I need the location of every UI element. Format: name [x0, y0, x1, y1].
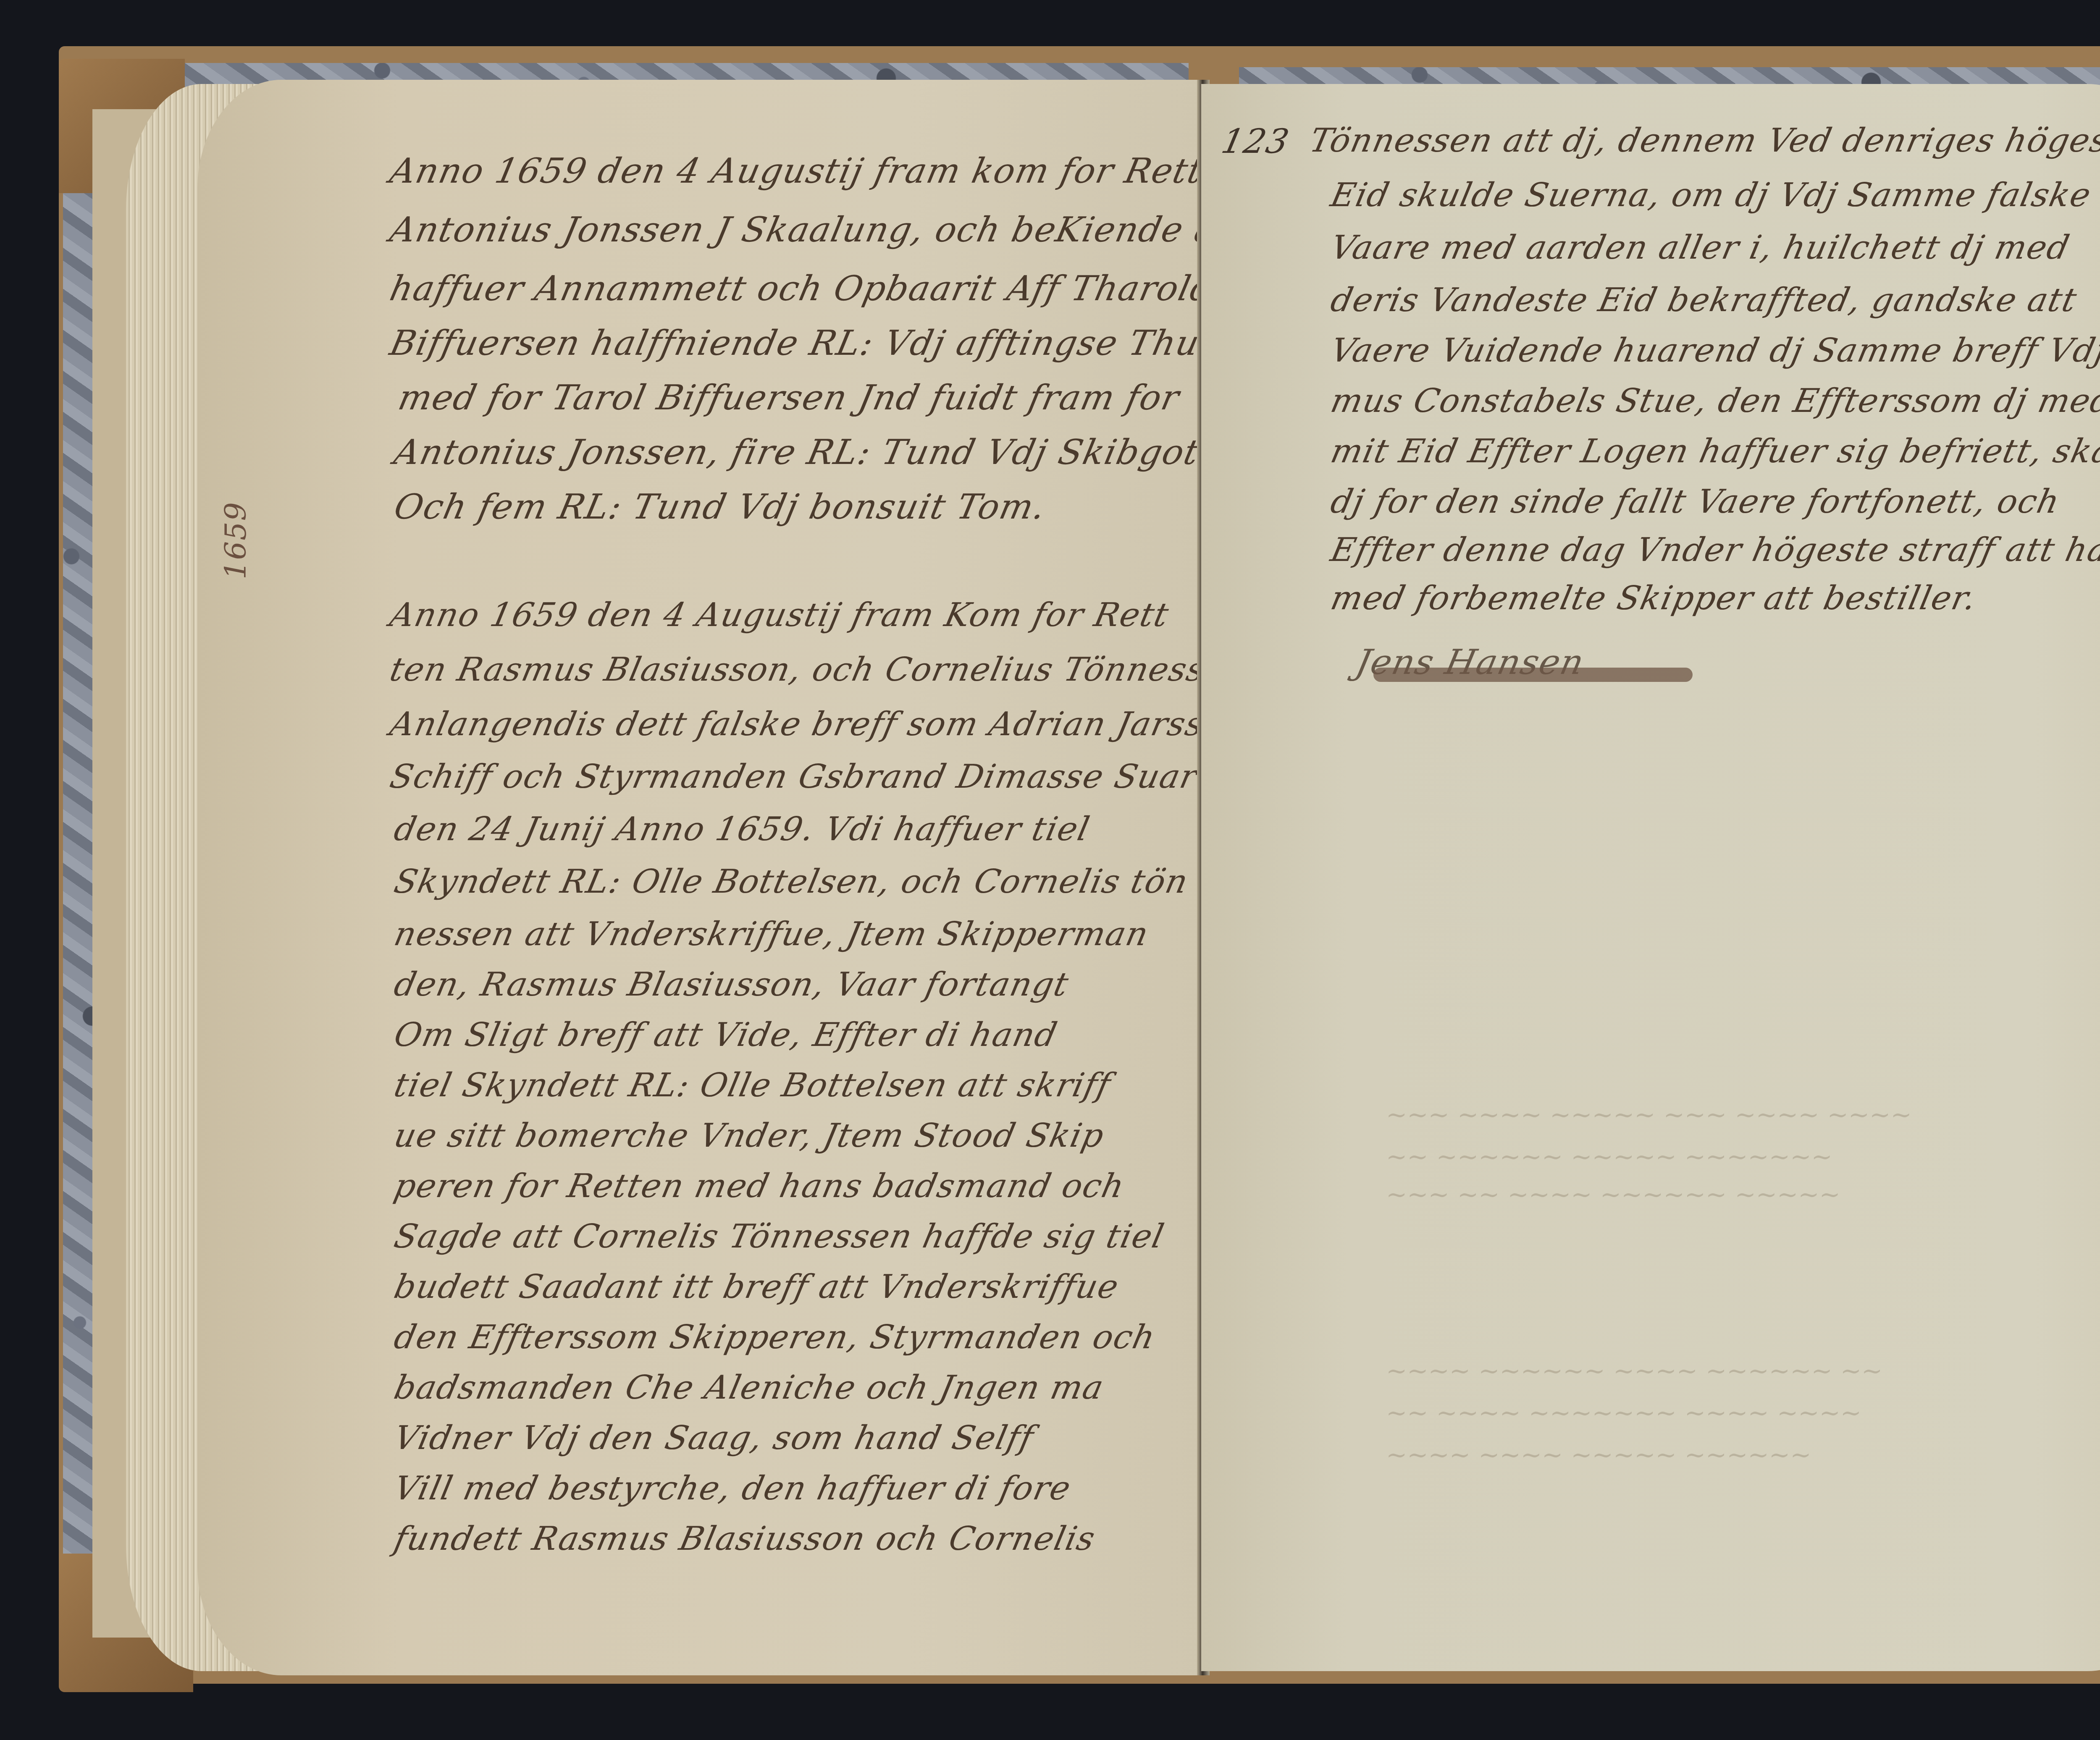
text-line: Vaare med aarden aller i, huilchett dj m… [1327, 229, 2073, 267]
text-line: fundett Rasmus Blasiusson och Cornelis [391, 1520, 1099, 1558]
text-line: nessen att Vnderskriffue, Jtem Skipperma… [391, 915, 1152, 953]
text-line: haffuer Annammett och Opbaarit Aff Tharo… [386, 269, 1218, 309]
text-line: Eid skulde Suerna, om dj Vdj Samme falsk… [1327, 176, 2100, 214]
page-number: 123 [1218, 122, 1293, 161]
text-line: Vidner Vdj den Saag, som hand Selff [391, 1419, 1037, 1457]
right-page [1201, 84, 2100, 1671]
text-line: Om Sligt breff att Vide, Effter di hand [391, 1016, 1061, 1054]
text-line: deris Vandeste Eid bekraffted, gandske a… [1327, 281, 2080, 319]
text-line: Anlangendis dett falske breff som Adrian… [386, 705, 1207, 743]
text-line: Och fem RL: Tund Vdj bonsuit Tom. [391, 487, 1050, 527]
text-line: Anno 1659 den 4 Augustij fram Kom for Re… [386, 596, 1172, 634]
text-line: den, Rasmus Blasiusson, Vaar fortangt [391, 966, 1072, 1004]
text-line: Vaere Vuidende huarend dj Samme breff Vd… [1327, 332, 2100, 369]
text-line: Sagde att Cornelis Tönnessen haffde sig … [391, 1218, 1168, 1255]
text-line: ten Rasmus Blasiusson, och Cornelius Tön… [386, 651, 1262, 689]
text-line: badsmanden Che Aleniche och Jngen ma [391, 1369, 1107, 1407]
text-line: tiel Skyndett RL: Olle Bottelsen att skr… [391, 1067, 1114, 1104]
text-line: Biffuersen halffniende RL: Vdj afftingse… [386, 323, 1242, 363]
text-line: Antonius Jonssen, fire RL: Tund Vdj Skib… [391, 432, 1239, 472]
text-line: dj for den sinde fallt Vaere fortfonett,… [1327, 483, 2063, 521]
text-line: Effter denne dag Vnder högeste straff at… [1327, 531, 2100, 569]
text-line: Antonius Jonssen J Skaalung, och beKiend… [386, 210, 1250, 250]
text-line: den Effterssom Skipperen, Styrmanden och [391, 1318, 1159, 1356]
text-line: ue sitt bomerche Vnder, Jtem Stood Skip [391, 1117, 1108, 1155]
margin-note: 1659 [218, 501, 253, 579]
text-line: med for Tarol Biffuersen Jnd fuidt fram … [395, 378, 1184, 418]
text-line: den 24 Junij Anno 1659. Vdi haffuer tiel [391, 810, 1093, 848]
text-line: Anno 1659 den 4 Augustij fram kom for Re… [386, 151, 1251, 191]
text-line: peren for Retten med hans badsmand och [391, 1167, 1128, 1205]
ink-smear [1373, 668, 1693, 682]
text-line: med forbemelte Skipper att bestiller. [1327, 579, 1980, 617]
text-line: budett Saadant itt breff att Vnderskriff… [391, 1268, 1122, 1306]
text-line: Skyndett RL: Olle Bottelsen, och Corneli… [391, 863, 1192, 901]
text-line: Vill med bestyrche, den haffuer di fore [391, 1470, 1074, 1507]
text-line: mus Constabels Stue, den Effterssom dj m… [1327, 382, 2100, 420]
text-line: mit Eid Effter Logen haffuer sig befriet… [1327, 432, 2100, 470]
text-line: Schiff och Styrmanden Gsbrand Dimasse Su… [386, 758, 1215, 796]
text-line: Tönnessen att dj, dennem Ved denriges hö… [1306, 122, 2100, 160]
